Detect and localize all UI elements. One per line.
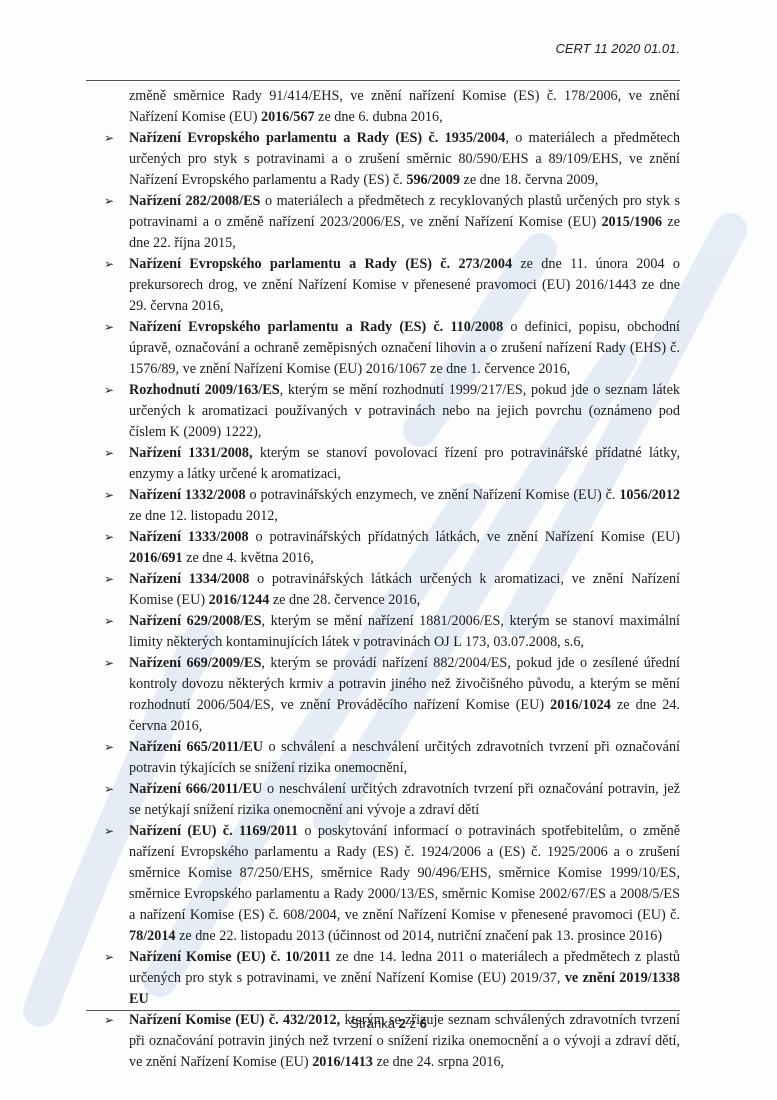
arrow-bullet-icon: ➢ [104,128,114,149]
regulation-reference: Nařízení 1333/2008 [129,529,249,545]
arrow-bullet-icon: ➢ [104,527,114,548]
continuation-paragraph: změně směrnice Rady 91/414/EHS, ve znění… [104,86,680,128]
regulation-reference: Nařízení 1331/2008, [129,445,253,461]
regulation-reference: 2016/1244 [209,592,270,608]
regulation-reference: Nařízení 665/2011/EU [129,739,263,755]
regulation-reference: 2016/567 [261,109,315,125]
regulation-text: o potravinářských enzymech, ve znění Nař… [246,487,620,503]
list-item: ➢Nařízení 629/2008/ES, kterým se mění na… [104,611,680,653]
list-item: ➢Nařízení Evropského parlamentu a Rady (… [104,128,680,191]
regulation-reference: 1056/2012 [619,487,680,503]
regulation-reference: Nařízení Evropského parlamentu a Rady (E… [129,130,505,146]
page-footer: Stránka 2 z 6 [0,1016,777,1031]
arrow-bullet-icon: ➢ [104,947,114,968]
regulation-list: změně směrnice Rady 91/414/EHS, ve znění… [104,86,680,1073]
list-item: ➢Nařízení Evropského parlamentu a Rady (… [104,317,680,380]
arrow-bullet-icon: ➢ [104,821,114,842]
arrow-bullet-icon: ➢ [104,737,114,758]
regulation-reference: Nařízení 1332/2008 [129,487,246,503]
header-divider [86,80,680,81]
list-item: ➢Nařízení Komise (EU) č. 10/2011 ze dne … [104,947,680,1010]
regulation-text: ze dne 22. listopadu 2013 (účinnost od 2… [176,928,663,944]
regulation-reference: 78/2014 [129,928,176,944]
regulation-reference: 2015/1906 [601,214,662,230]
list-item: ➢Nařízení 669/2009/ES, kterým se provádí… [104,653,680,737]
regulation-reference: Nařízení 629/2008/ES [129,613,262,629]
list-item: ➢Nařízení (EU) č. 1169/2011 o poskytován… [104,821,680,947]
regulation-reference: Nařízení 666/2011/EU [129,781,262,797]
list-item: ➢Nařízení 1331/2008, kterým se stanoví p… [104,443,680,485]
regulation-reference: 2016/691 [129,550,183,566]
list-item: ➢Nařízení Evropského parlamentu a Rady (… [104,254,680,317]
arrow-bullet-icon: ➢ [104,611,114,632]
page-of: z [409,1016,416,1031]
regulation-reference: Rozhodnutí 2009/163/ES [129,382,280,398]
list-item: ➢Nařízení 282/2008/ES o materiálech a př… [104,191,680,254]
arrow-bullet-icon: ➢ [104,191,114,212]
arrow-bullet-icon: ➢ [104,443,114,464]
list-item: ➢Nařízení 1334/2008 o potravinářských lá… [104,569,680,611]
regulation-reference: Nařízení Evropského parlamentu a Rady (E… [129,256,512,272]
regulation-text: ze dne 6. dubna 2016, [315,109,443,125]
regulation-reference: Nařízení (EU) č. 1169/2011 [129,823,298,839]
list-item: ➢Nařízení 666/2011/EU o neschválení urči… [104,779,680,821]
regulation-reference: 596/2009 [406,172,460,188]
regulation-text: ze dne 4. května 2016, [183,550,314,566]
arrow-bullet-icon: ➢ [104,317,114,338]
regulation-reference: 2016/1024 [550,697,611,713]
arrow-bullet-icon: ➢ [104,569,114,590]
document-code: CERT 11 2020 01.01. [555,41,680,56]
regulation-text: o potravinářských přídatných látkách, ve… [249,529,680,545]
arrow-bullet-icon: ➢ [104,254,114,275]
regulation-text: ze dne 28. července 2016, [269,592,420,608]
list-item: ➢Nařízení 1333/2008 o potravinářských př… [104,527,680,569]
regulation-text: ze dne 12. listopadu 2012, [129,508,278,524]
regulation-reference: Nařízení 1334/2008 [129,571,249,587]
regulation-reference: Nařízení 282/2008/ES [129,193,260,209]
regulation-reference: Nařízení Komise (EU) č. 10/2011 [129,949,331,965]
regulation-reference: Nařízení Evropského parlamentu a Rady (E… [129,319,503,335]
footer-divider [86,1010,680,1011]
arrow-bullet-icon: ➢ [104,380,114,401]
page-label: Stránka [350,1016,395,1031]
list-item: ➢Nařízení 1332/2008 o potravinářských en… [104,485,680,527]
regulation-reference: Nařízení 669/2009/ES [129,655,261,671]
regulation-text: ze dne 24. srpna 2016, [373,1054,504,1070]
list-item: ➢Rozhodnutí 2009/163/ES, kterým se mění … [104,380,680,443]
page-number: 2 [399,1016,406,1031]
arrow-bullet-icon: ➢ [104,485,114,506]
regulation-reference: 2016/1413 [312,1054,373,1070]
arrow-bullet-icon: ➢ [104,653,114,674]
arrow-bullet-icon: ➢ [104,779,114,800]
list-item: ➢Nařízení 665/2011/EU o schválení a nesc… [104,737,680,779]
page-total: 6 [420,1016,427,1031]
regulation-text: ze dne 18. června 2009, [460,172,598,188]
